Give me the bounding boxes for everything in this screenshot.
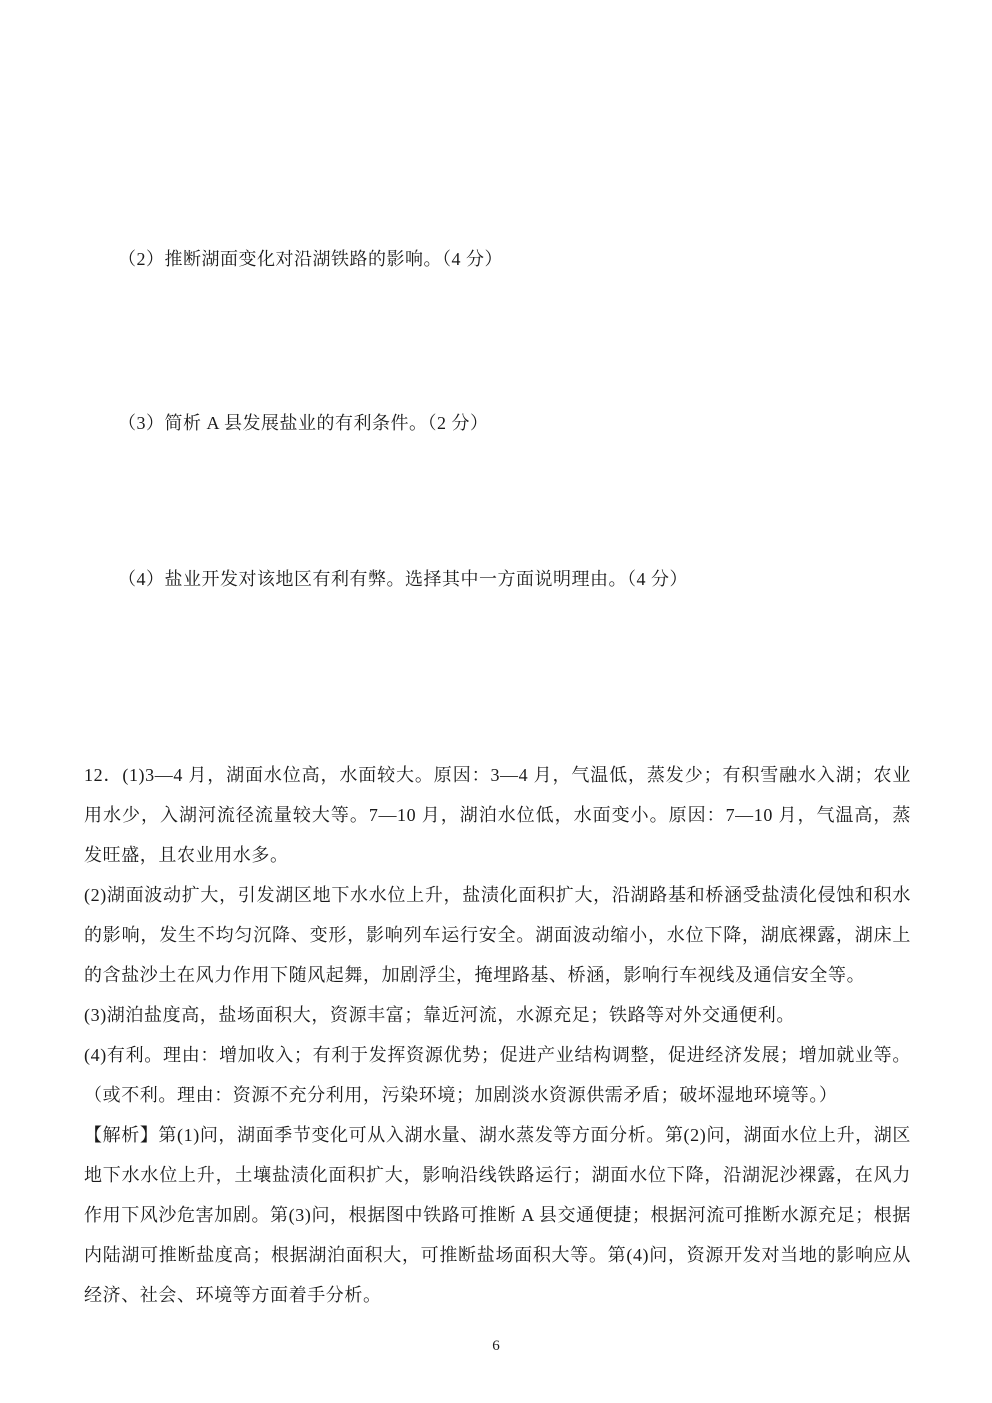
answer-paragraph-3: (3)湖泊盐度高，盐场面积大，资源丰富；靠近河流，水源充足；铁路等对外交通便利。 xyxy=(84,995,911,1035)
page-number: 6 xyxy=(0,1338,992,1355)
question-2: （2）推断湖面变化对沿湖铁路的影响。（4 分） xyxy=(118,246,908,272)
analysis-paragraph: 【解析】第(1)问，湖面季节变化可从入湖水量、湖水蒸发等方面分析。第(2)问，湖… xyxy=(84,1115,911,1315)
document-page: （2）推断湖面变化对沿湖铁路的影响。（4 分） （3）简析 A 县发展盐业的有利… xyxy=(0,0,992,1403)
answer-paragraph-1: 12．(1)3—4 月，湖面水位高，水面较大。原因：3—4 月，气温低，蒸发少；… xyxy=(84,755,911,875)
question-3: （3）简析 A 县发展盐业的有利条件。（2 分） xyxy=(118,410,908,436)
answer-paragraph-4: (4)有利。理由：增加收入；有利于发挥资源优势；促进产业结构调整，促进经济发展；… xyxy=(84,1035,911,1115)
answer-paragraph-2: (2)湖面波动扩大，引发湖区地下水水位上升，盐渍化面积扩大，沿湖路基和桥涵受盐渍… xyxy=(84,875,911,995)
question-4: （4）盐业开发对该地区有利有弊。选择其中一方面说明理由。（4 分） xyxy=(118,566,908,592)
answer-section: 12．(1)3—4 月，湖面水位高，水面较大。原因：3—4 月，气温低，蒸发少；… xyxy=(84,755,911,1315)
